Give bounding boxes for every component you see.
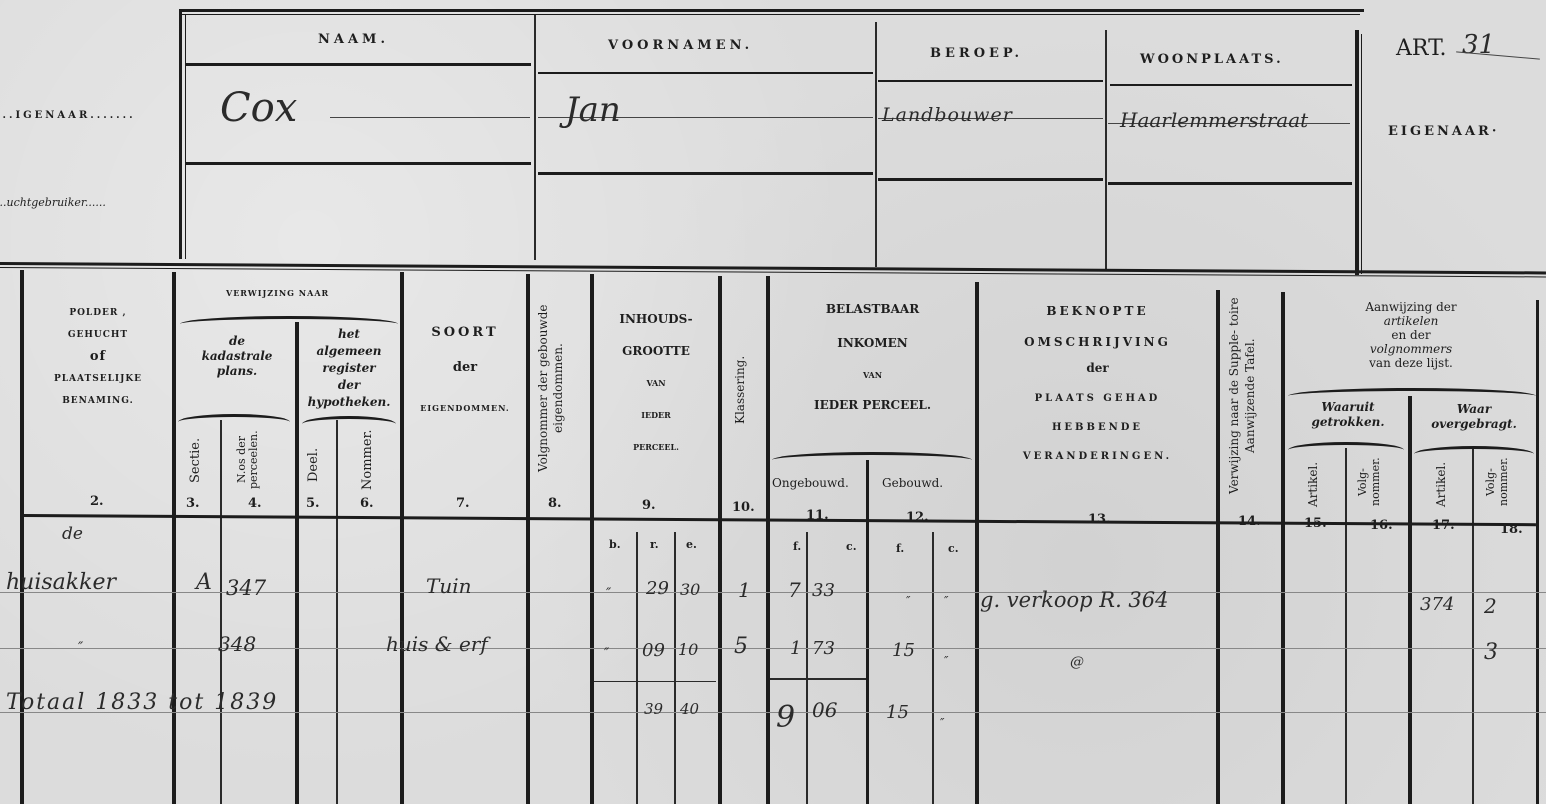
aanwijzing-line-4: volgnommers [1286,342,1536,356]
aanwijzing-line-5: van deze lijst. [1286,356,1536,370]
aanwijzing-line-2: artikelen [1286,314,1536,328]
col3-label: Sectie. [188,426,203,494]
col2-header: POLDER , GEHUCHT of PLAATSELIJKE BENAMIN… [28,302,168,412]
row1-plaats-prefix: de [62,524,83,544]
col15-label: Artikel. [1306,458,1320,510]
col9-number: 9. [642,498,656,513]
col9-sub-e: e. [686,538,697,551]
row1-perceel: 347 [226,576,266,600]
belastbaar-line-3: VAN [770,370,975,380]
row2-r: 09 [642,640,665,661]
col5-label: Deel. [306,440,321,490]
col2-line-1: POLDER , [28,302,168,324]
col2-line-4: PLAATSELIJKE [28,368,168,390]
owner-woonplaats: Haarlemmerstraat [1120,108,1308,132]
col7-line-2: der [404,360,526,375]
col16-number: 16. [1370,518,1393,533]
row2-soort: huis & erf [386,632,488,656]
row2-plaats: ″ [78,640,83,656]
col7-line-3: EIGENDOMMEN. [404,403,526,413]
row2-omschrijving: @ [1070,654,1084,670]
totals-geb-f: 15 [886,702,909,723]
col2-line-2: GEHUCHT [28,324,168,346]
row1-r: 29 [646,578,669,599]
row2-geb-f: 15 [892,640,915,661]
row2-b: ″ [604,646,609,662]
col6-number: 6. [360,496,374,511]
col8-label: Volgnommer der gebouwde eigendommen. [536,282,580,494]
col8-number: 8. [548,496,562,511]
col9-line-1: INHOUDS- [594,312,718,326]
col16-label: Volg- nommer. [1356,452,1390,512]
waaruit-line-2: getrokken. [1288,415,1408,430]
col13-number: 13. [1088,512,1111,527]
row2-geb-c: ″ [944,654,948,668]
register-line-5: hypotheken. [298,394,400,411]
col15-number: 15. [1304,516,1327,531]
waaruit-line-1: Waaruit [1288,400,1408,415]
col13-line-5: HEBBENDE [979,422,1216,433]
col2-number: 2. [90,494,104,509]
row2-volg18: 3 [1484,640,1498,665]
register-header: het algemeen register der hypotheken. [298,326,400,411]
header-voornamen: VOORNAMEN. [608,38,753,53]
row1-plaats: huisakker [6,570,116,595]
col9-sub-r: r. [650,538,659,551]
col12-label: Gebouwd. [882,476,943,490]
col4-number: 4. [248,496,262,511]
col13-line-4: PLAATS GEHAD [979,393,1216,404]
verwijzing-title: VERWIJZING NAAR [226,288,329,298]
belastbaar-line-1: BELASTBAAR [770,302,975,316]
waar-line-1: Waar [1412,402,1536,417]
col9-line-5: PERCEEL. [594,442,718,452]
col9-sub-b: b. [609,538,621,551]
row1-volg18: 2 [1484,594,1497,618]
aanwijzing-line-3: en der [1286,328,1536,342]
col12-sub-f: f. [896,542,904,555]
totals-e: 40 [680,700,699,718]
register-line-1: het [298,326,400,343]
belastbaar-header: BELASTBAAR INKOMEN VAN IEDER PERCEEL. [770,302,975,412]
row1-art17: 374 [1420,594,1454,615]
row2-ong-c: 73 [812,638,835,659]
register-line-3: register [298,360,400,377]
col5-number: 5. [306,496,320,511]
row1-klasse: 1 [738,578,751,602]
article-label: ART. [1396,36,1447,61]
owner-row-label: ...IGENAAR....... [0,110,136,121]
col7-number: 7. [456,496,470,511]
row1-b: ″ [606,586,611,602]
col9-line-2: GROOTTE [594,344,718,358]
waar-header: Waar overgebragt. [1412,402,1536,432]
row2-e: 10 [678,640,698,659]
col14-label: Verwijzing naar de Supple- toire Aanwijz… [1226,296,1276,496]
owner-beroep: Landbouwer [882,104,1013,126]
col9-header: INHOUDS- GROOTTE VAN IEDER PERCEEL. [594,312,718,452]
row1-ong-c: 33 [812,580,835,601]
col9-line-4: IEDER [594,410,718,420]
col12-sub-c: c. [948,542,959,555]
col13-header: BEKNOPTE OMSCHRIJVING der PLAATS GEHAD H… [979,304,1216,462]
col7-header: SOORT der EIGENDOMMEN. [404,325,526,413]
col6-label: Nommer. [360,426,375,494]
header-woonplaats: WOONPLAATS. [1140,52,1284,67]
col18-label: Volg- nommer. [1484,452,1518,512]
kadastrale-line-2: kadastrale [178,349,296,364]
col17-number: 17. [1432,518,1455,533]
owner-voornamen: Jan [565,90,621,130]
col11-sub-c: c. [846,540,857,553]
col10-label: Klassering. [733,330,747,450]
totals-ong-c: 06 [812,698,837,722]
header-naam: NAAM. [318,32,389,47]
usufructuary-row-label: ...uchtgebruiker...... [0,196,106,209]
row1-e: 30 [680,580,700,599]
waar-line-2: overgebragt. [1412,417,1536,432]
waaruit-header: Waaruit getrokken. [1288,400,1408,430]
row1-omschrijving: g. verkoop R. 364 [980,588,1169,612]
col3-number: 3. [186,496,200,511]
col13-line-6: VERANDERINGEN. [979,451,1216,462]
eigenaar-right-label: EIGENAAR· [1388,124,1499,139]
col13-line-2: OMSCHRIJVING [979,335,1216,349]
row1-geb-c: ″ [944,594,948,608]
register-line-2: algemeen [298,343,400,360]
aanwijzing-header: Aanwijzing der artikelen en der volgnomm… [1286,300,1536,370]
col11-sub-f: f. [793,540,801,553]
header-beroep: BEROEP. [930,46,1023,61]
totals-r: 39 [644,700,663,718]
col14-number: 14. [1238,514,1261,529]
kadastrale-line-1: de [178,334,296,349]
col4-label: N.os der perceelen. [236,426,276,494]
totals-label: Totaal 1833 tot 1839 [6,690,278,715]
col13-line-1: BEKNOPTE [979,304,1216,318]
kadastrale-header: de kadastrale plans. [178,334,296,379]
row1-geb-f: ″ [906,594,910,608]
kadastrale-line-3: plans. [178,364,296,379]
row1-ong-f: 7 [788,578,801,602]
col10-number: 10. [732,500,755,515]
col11-number: 11. [806,508,829,523]
totals-ong-f: 9 [776,700,795,735]
row1-soort: Tuin [426,574,472,598]
register-line-4: der [298,377,400,394]
row1-sectie: A [196,570,212,595]
col17-label: Artikel. [1434,458,1448,510]
col2-line-3: of [28,346,168,368]
col12-number: 12. [906,510,929,525]
row2-perceel: 348 [218,632,256,656]
col7-line-1: SOORT [404,325,526,340]
row2-ong-f: 1 [790,638,801,659]
totals-geb-c: ″ [940,716,944,730]
col2-line-5: BENAMING. [28,390,168,412]
row2-klasse: 5 [734,634,748,659]
col18-number: 18. [1500,522,1523,537]
article-number: 31 [1462,30,1495,60]
col13-line-3: der [979,361,1216,375]
belastbaar-line-4: IEDER PERCEEL. [770,398,975,412]
belastbaar-line-2: INKOMEN [770,336,975,350]
aanwijzing-line-1: Aanwijzing der [1286,300,1536,314]
col11-label: Ongebouwd. [772,476,849,490]
col9-line-3: VAN [594,378,718,388]
owner-naam: Cox [220,85,297,131]
